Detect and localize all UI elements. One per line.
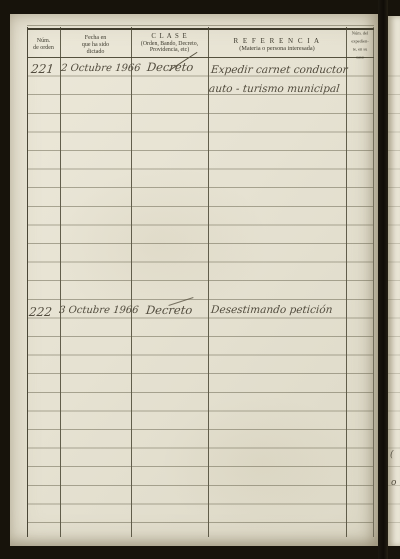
ruled-row-lines xyxy=(28,58,373,524)
header-line: dictado xyxy=(60,49,131,56)
binding-shadow xyxy=(378,0,388,559)
header-line: C L A S E xyxy=(131,34,208,41)
column-header-referencia: R E F E R E N C I A (Materia o persona i… xyxy=(208,38,346,52)
adjacent-page-pen-mark: o xyxy=(391,478,396,488)
header-line: (Materia o persona interesada) xyxy=(208,45,346,52)
header-line: que ha sido xyxy=(60,42,131,49)
header-line: R E F E R E N C I A xyxy=(208,38,346,45)
scanned-register-page: Núm. de orden Fecha en que ha sido dicta… xyxy=(0,0,400,559)
column-line-right xyxy=(373,27,374,537)
header-line: caso xyxy=(346,55,374,59)
header-line: Núm. xyxy=(27,38,60,45)
entry-221-num: 221 xyxy=(30,62,54,76)
table-top-border xyxy=(27,28,374,30)
entry-221-fecha: 2 Octubre 1966 xyxy=(60,63,141,74)
column-header-fecha: Fecha en que ha sido dictado xyxy=(60,35,131,55)
entry-222-num: 222 xyxy=(28,305,52,319)
entry-222-fecha: 3 Octubre 1966 xyxy=(58,305,139,316)
header-line: de orden xyxy=(27,45,60,52)
entry-222-referencia-line1: Desestimando petición xyxy=(210,304,333,316)
header-line: expedien- xyxy=(346,39,374,43)
entry-221-referencia-line1: Expedir carnet conductor xyxy=(210,64,348,76)
table-top-echo-line xyxy=(27,25,374,26)
column-header-num-orden: Núm. de orden xyxy=(27,38,60,52)
entry-221-clase: Decreto xyxy=(146,60,194,74)
column-header-expediente: Núm. del expedien- te, en su caso xyxy=(346,31,373,63)
header-line: Núm. del xyxy=(346,31,374,35)
header-line: te, en su xyxy=(346,47,374,51)
entry-221-referencia-line2: auto - turismo municipal xyxy=(208,83,340,95)
header-line: Fecha en xyxy=(60,35,131,42)
adjacent-page-pen-mark: ( xyxy=(390,450,394,460)
